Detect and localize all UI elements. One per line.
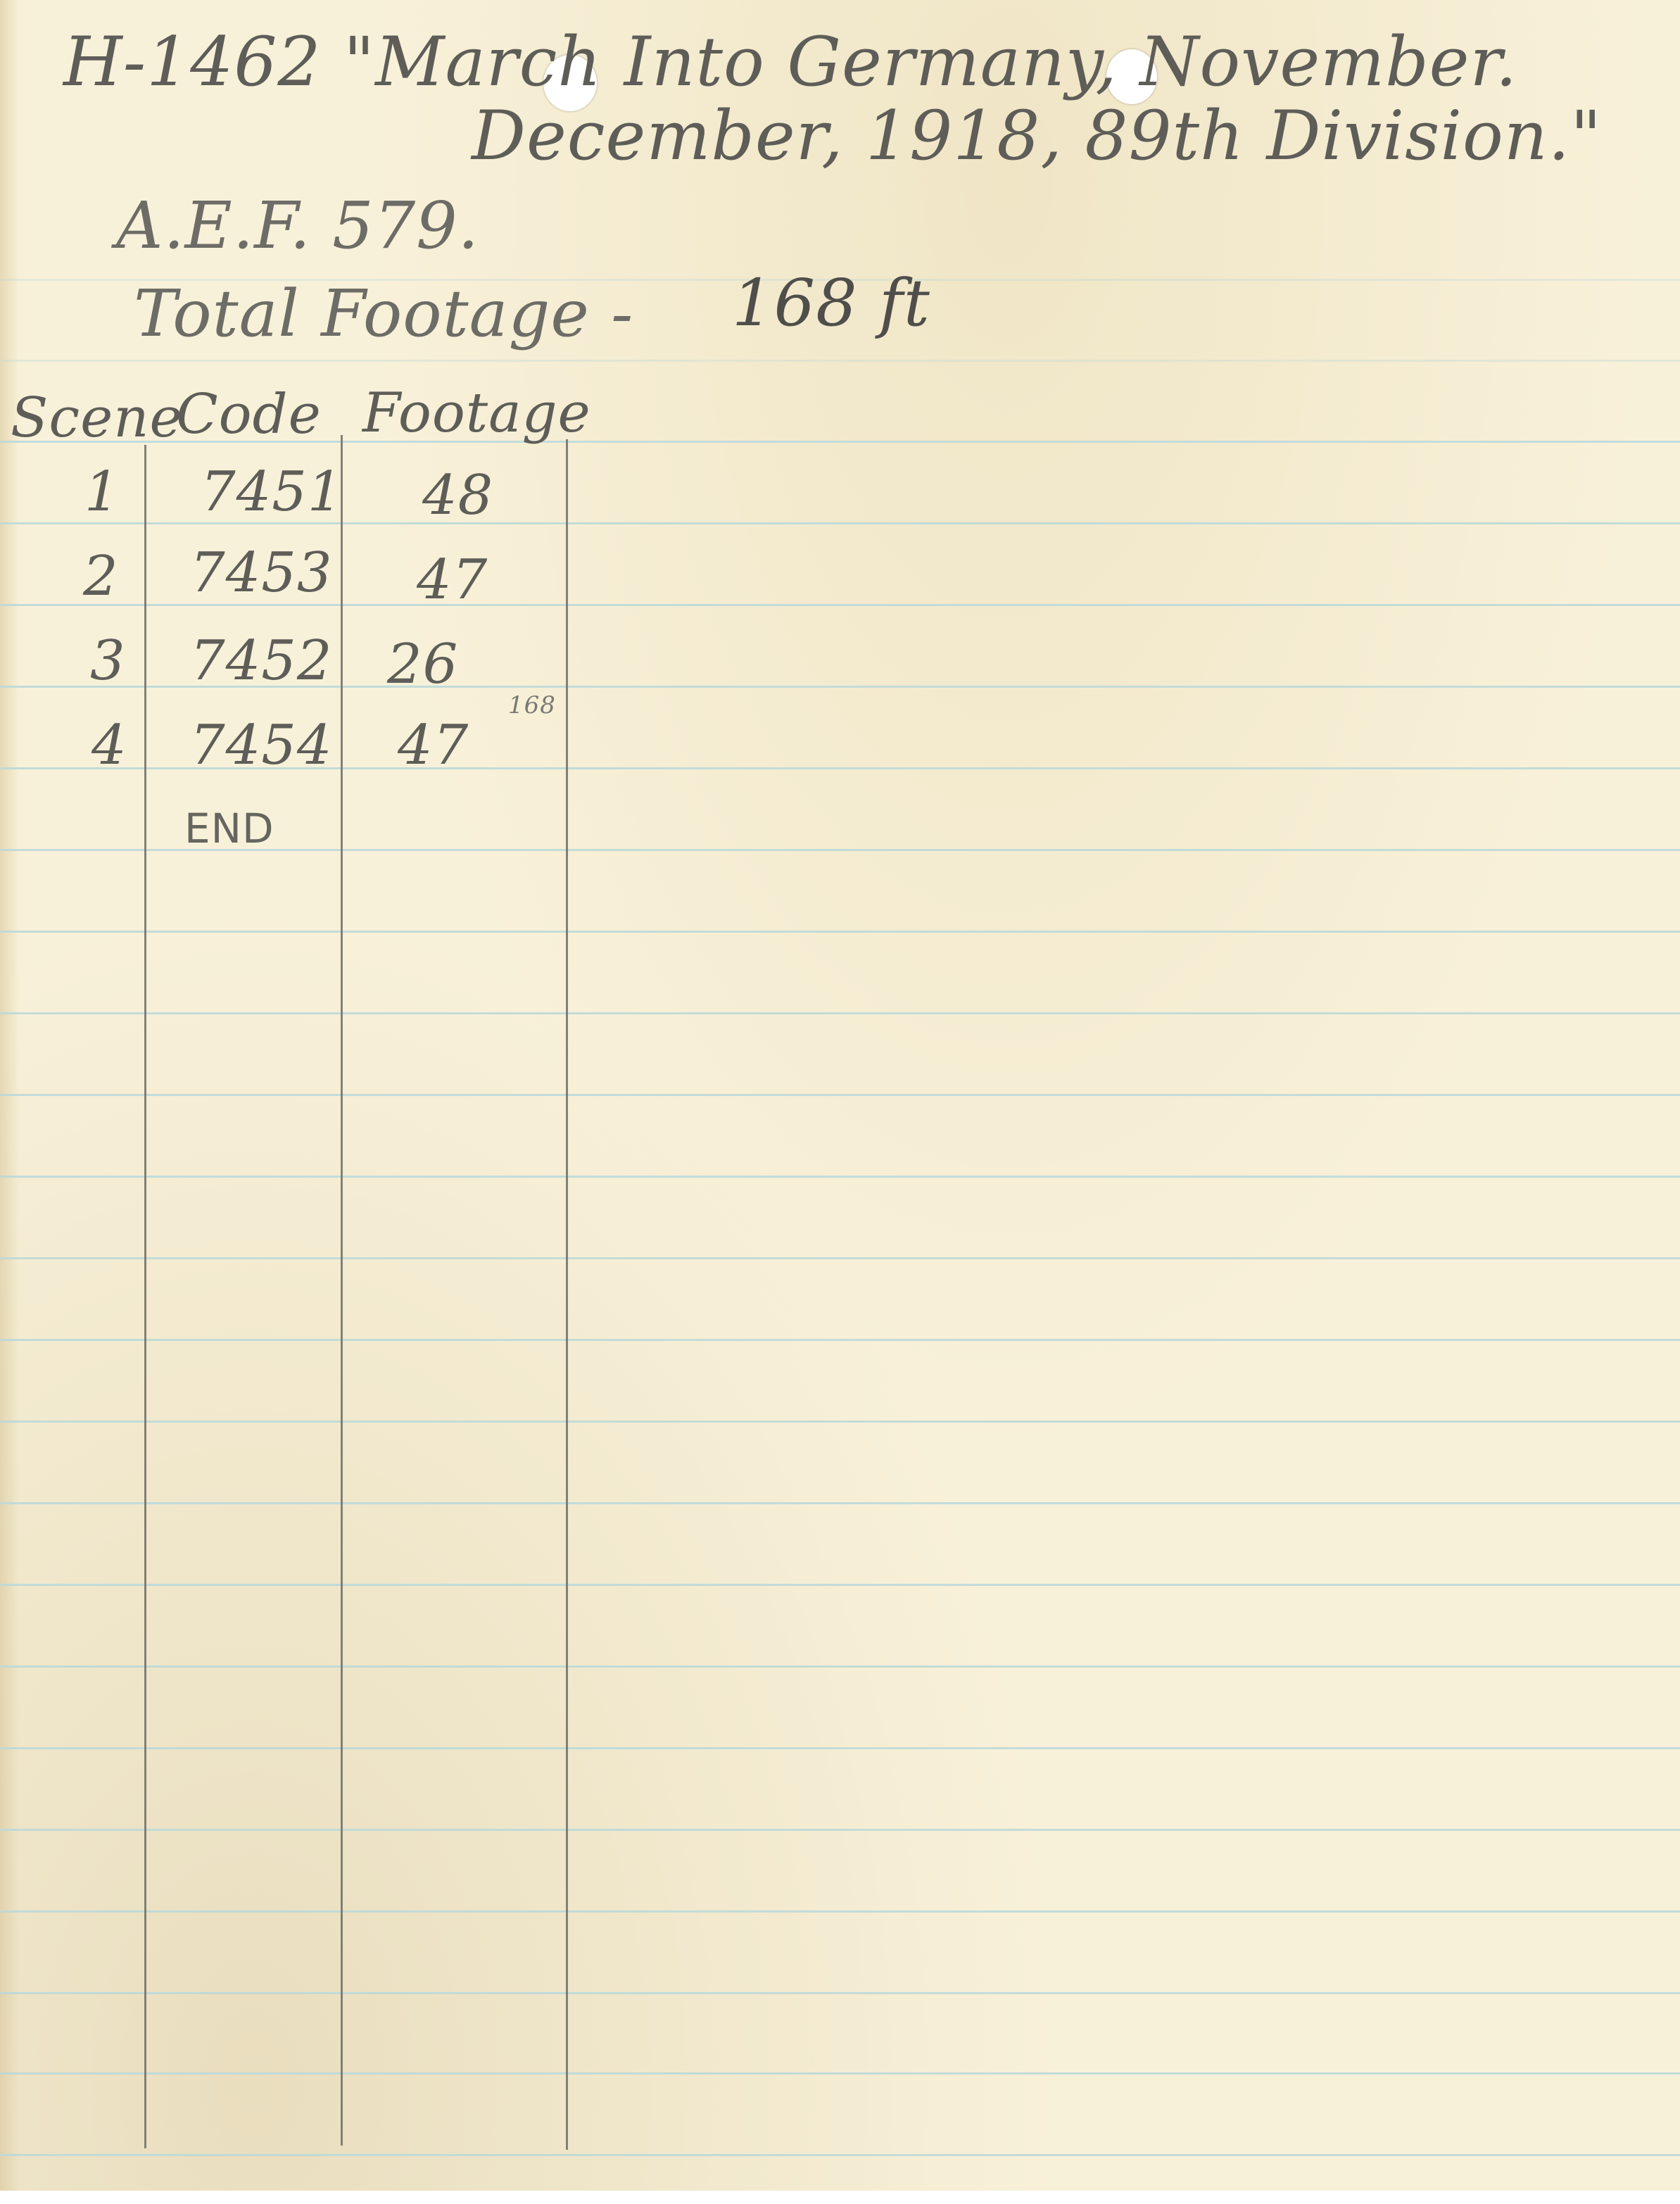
column-header-code: Code: [176, 387, 322, 442]
column-divider: [566, 439, 568, 2150]
footage-cell: 48: [422, 468, 493, 523]
footage-cell: 47: [398, 718, 469, 773]
scene-cell: 4: [91, 718, 127, 773]
ruled-line: [0, 1829, 1680, 1831]
ruled-line: [0, 1502, 1680, 1504]
ruled-line: [0, 1176, 1680, 1178]
ruled-line: [0, 1339, 1680, 1341]
ruled-line: [0, 1257, 1680, 1259]
end-marker: END: [184, 808, 274, 849]
ruled-line: [0, 2072, 1680, 2074]
column-header-footage: Footage: [362, 386, 591, 441]
ruled-line: [0, 1094, 1680, 1096]
footage-cell: 47: [417, 553, 488, 607]
column-divider: [144, 445, 146, 2148]
ruled-line: [0, 1421, 1680, 1423]
scene-cell: 1: [84, 465, 120, 519]
ruled-line: [0, 931, 1680, 933]
header-line-1: H-1462 "March Into Germany, November.: [63, 28, 1517, 96]
scene-cell: 2: [83, 549, 119, 604]
code-cell: 7452: [190, 634, 333, 688]
total-footage-label: Total Footage -: [134, 282, 633, 346]
ruled-line: [0, 1012, 1680, 1014]
code-cell: 7451: [201, 465, 343, 519]
code-cell: 7454: [190, 718, 333, 773]
ruled-line: [0, 1665, 1680, 1668]
footage-cell: 26: [387, 637, 458, 692]
margin-sum-note: 168: [508, 693, 556, 717]
scene-cell: 3: [90, 634, 126, 688]
ruled-line: [0, 1992, 1680, 1994]
ruled-line: [0, 2154, 1680, 2156]
column-divider: [341, 435, 343, 2146]
ruled-line: [0, 1910, 1680, 1913]
paper-sheet: H-1462 "March Into Germany, November. De…: [0, 0, 1680, 2193]
ruled-line: [0, 1584, 1680, 1586]
aef-reference: A.E.F. 579.: [116, 194, 479, 258]
ruled-line: [0, 360, 1680, 362]
header-line-2: December, 1918, 89th Division.": [472, 102, 1602, 170]
code-cell: 7453: [190, 546, 333, 600]
ruled-line: [0, 1747, 1680, 1749]
scan-margin: [0, 2191, 1680, 2204]
total-footage-value: 168 ft: [732, 271, 930, 336]
column-header-scene: Scene: [11, 391, 183, 446]
